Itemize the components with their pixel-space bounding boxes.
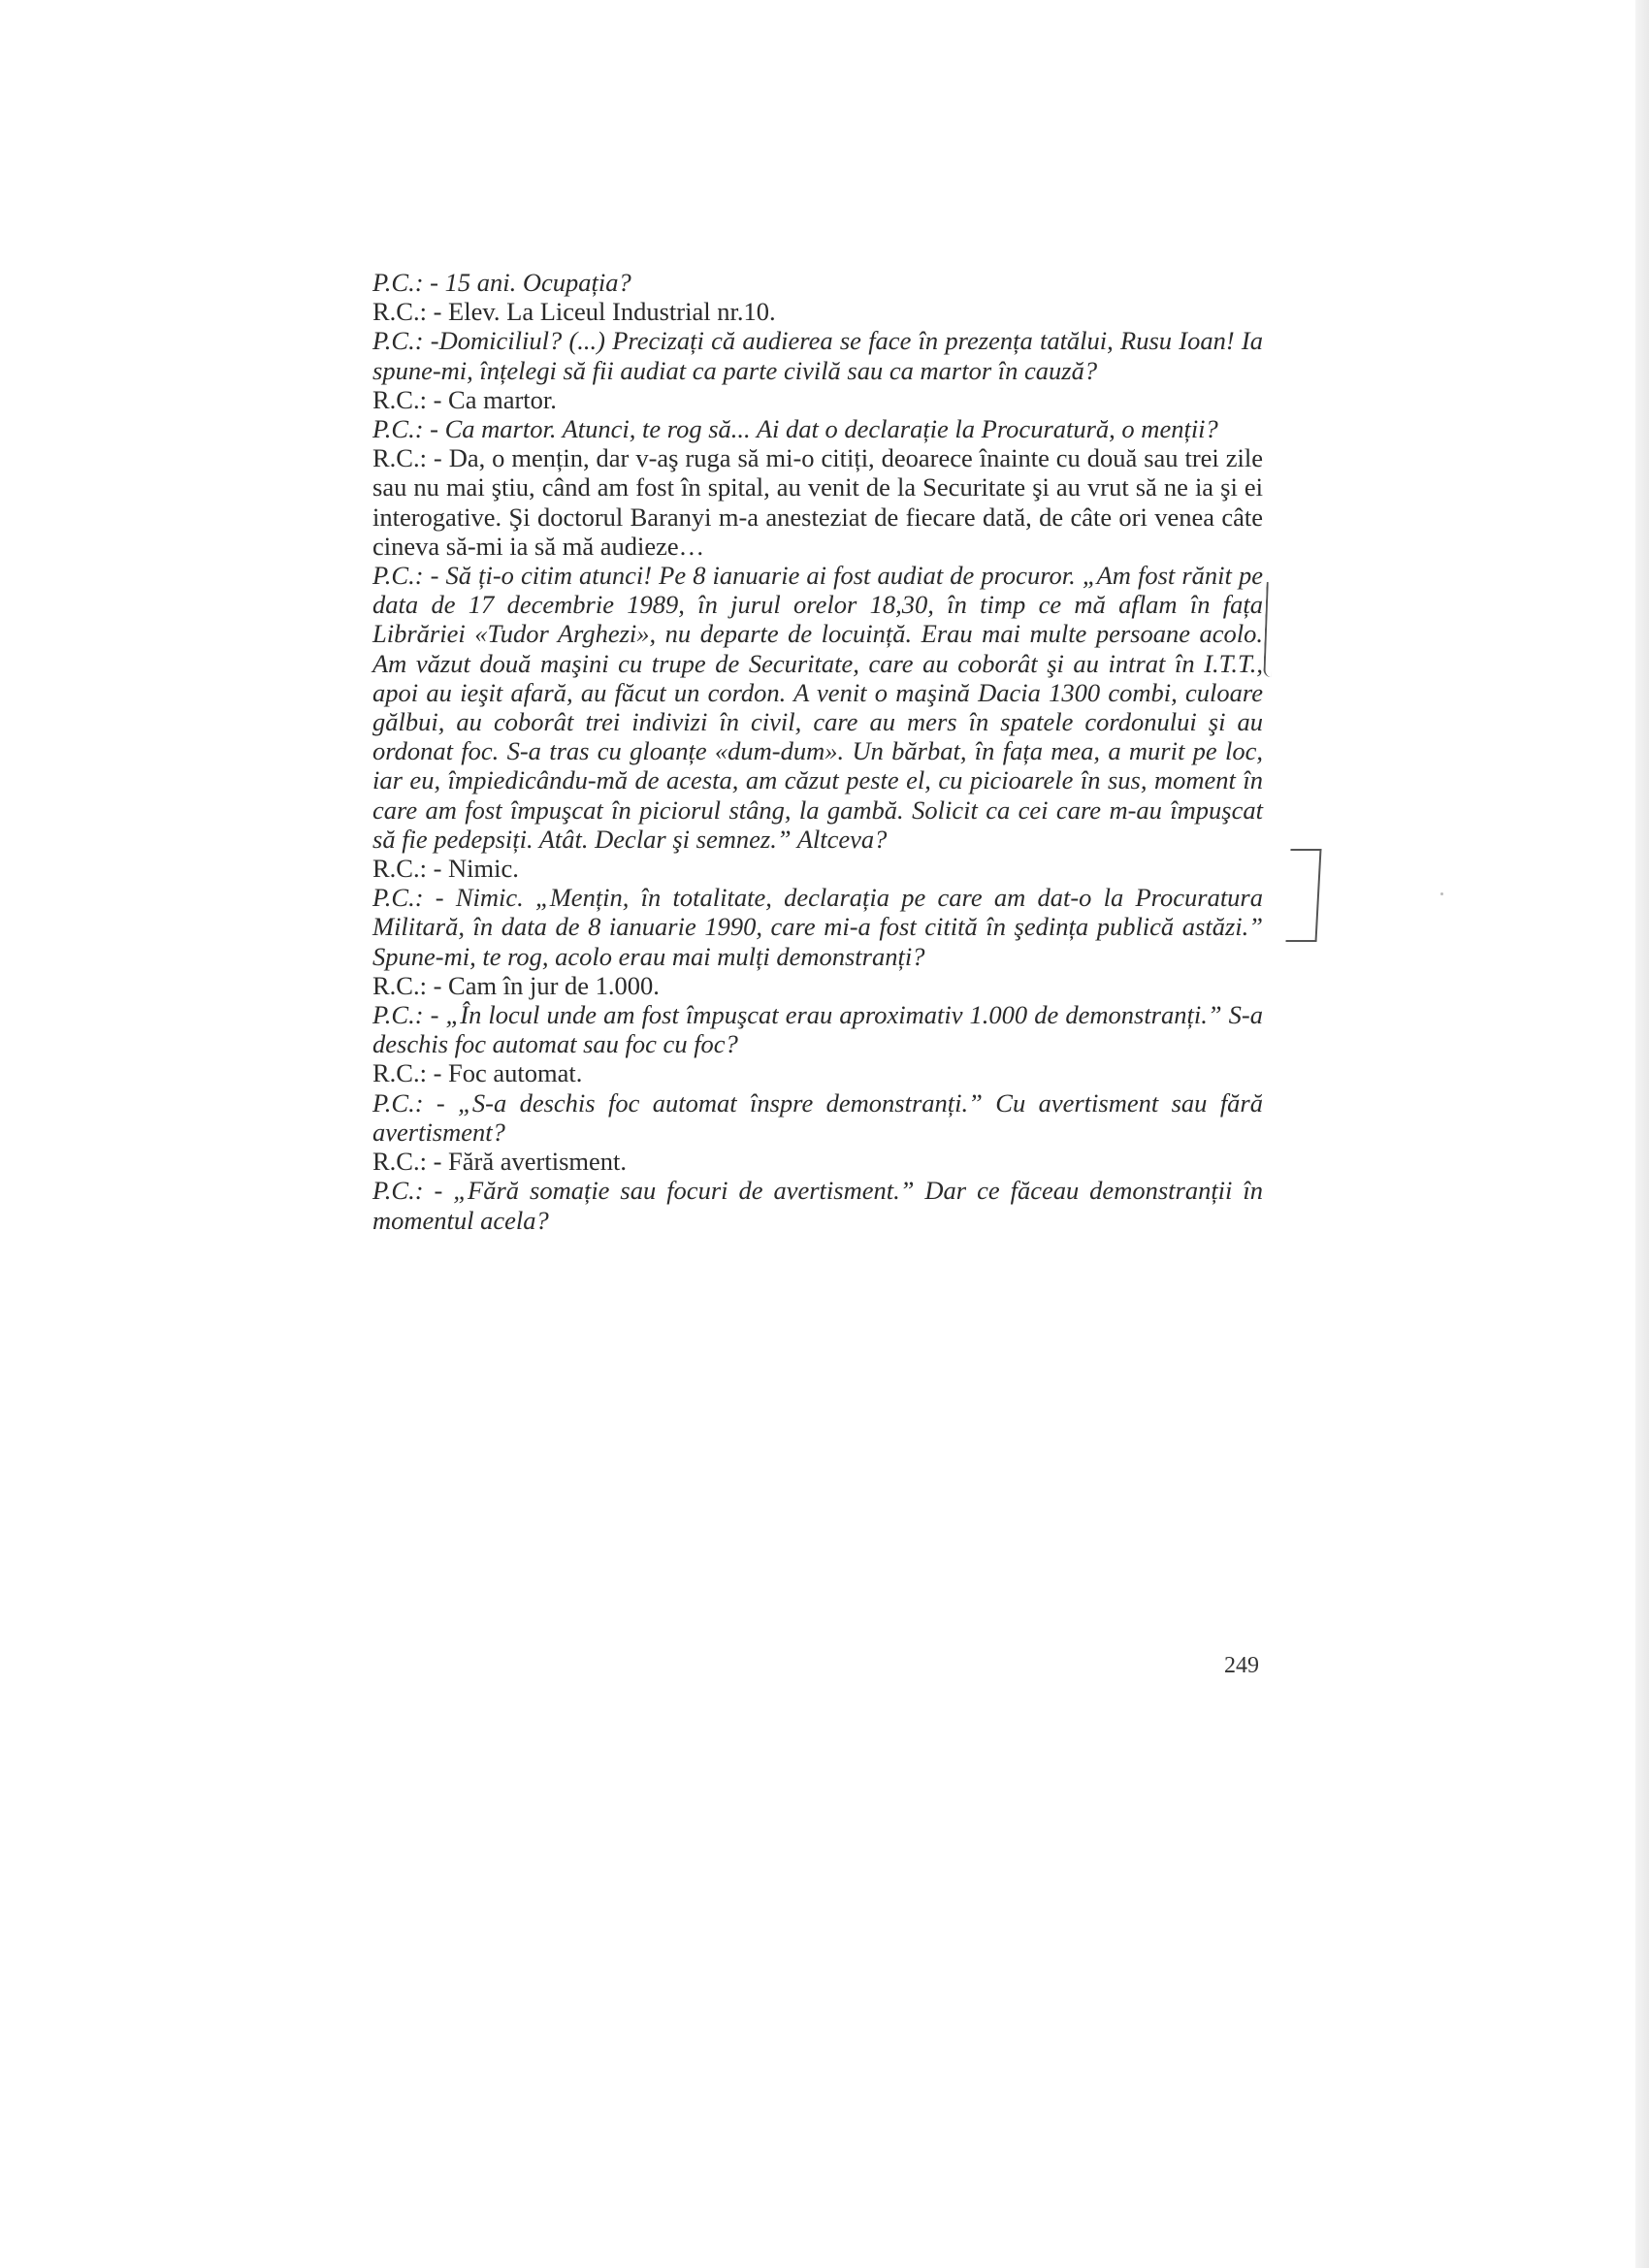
paragraph: P.C.: - „Fără somație sau focuri de aver… bbox=[372, 1176, 1263, 1234]
paragraph: R.C.: - Ca martor. bbox=[372, 385, 1263, 414]
page-number: 249 bbox=[1224, 1653, 1259, 1679]
paragraph: R.C.: - Elev. La Liceul Industrial nr.10… bbox=[372, 297, 1263, 326]
transcript-body: P.C.: - 15 ani. Ocupația? R.C.: - Elev. … bbox=[372, 268, 1263, 1235]
paragraph: P.C.: - „S-a deschis foc automat înspre … bbox=[372, 1088, 1263, 1147]
paragraph: P.C.: - Să ți-o citim atunci! Pe 8 ianua… bbox=[372, 561, 1263, 854]
paragraph: R.C.: - Fără avertisment. bbox=[372, 1147, 1263, 1176]
paragraph: R.C.: - Foc automat. bbox=[372, 1058, 1263, 1087]
paragraph: R.C.: - Nimic. bbox=[372, 854, 1263, 883]
paragraph: R.C.: - Cam în jur de 1.000. bbox=[372, 971, 1263, 1000]
scan-edge bbox=[1635, 0, 1649, 2268]
scan-speck bbox=[1440, 892, 1443, 895]
margin-bracket-mark bbox=[1285, 849, 1321, 942]
paragraph: P.C.: - Nimic. „Mențin, în totalitate, d… bbox=[372, 883, 1263, 971]
margin-bracket-mark bbox=[1263, 582, 1274, 677]
paragraph: R.C.: - Da, o mențin, dar v-aş ruga să m… bbox=[372, 443, 1263, 561]
paragraph: P.C.: - Ca martor. Atunci, te rog să... … bbox=[372, 414, 1263, 443]
paragraph: P.C.: -Domiciliul? (...) Precizați că au… bbox=[372, 326, 1263, 384]
paragraph: P.C.: - „În locul unde am fost împuşcat … bbox=[372, 1000, 1263, 1058]
paragraph: P.C.: - 15 ani. Ocupația? bbox=[372, 268, 1263, 297]
